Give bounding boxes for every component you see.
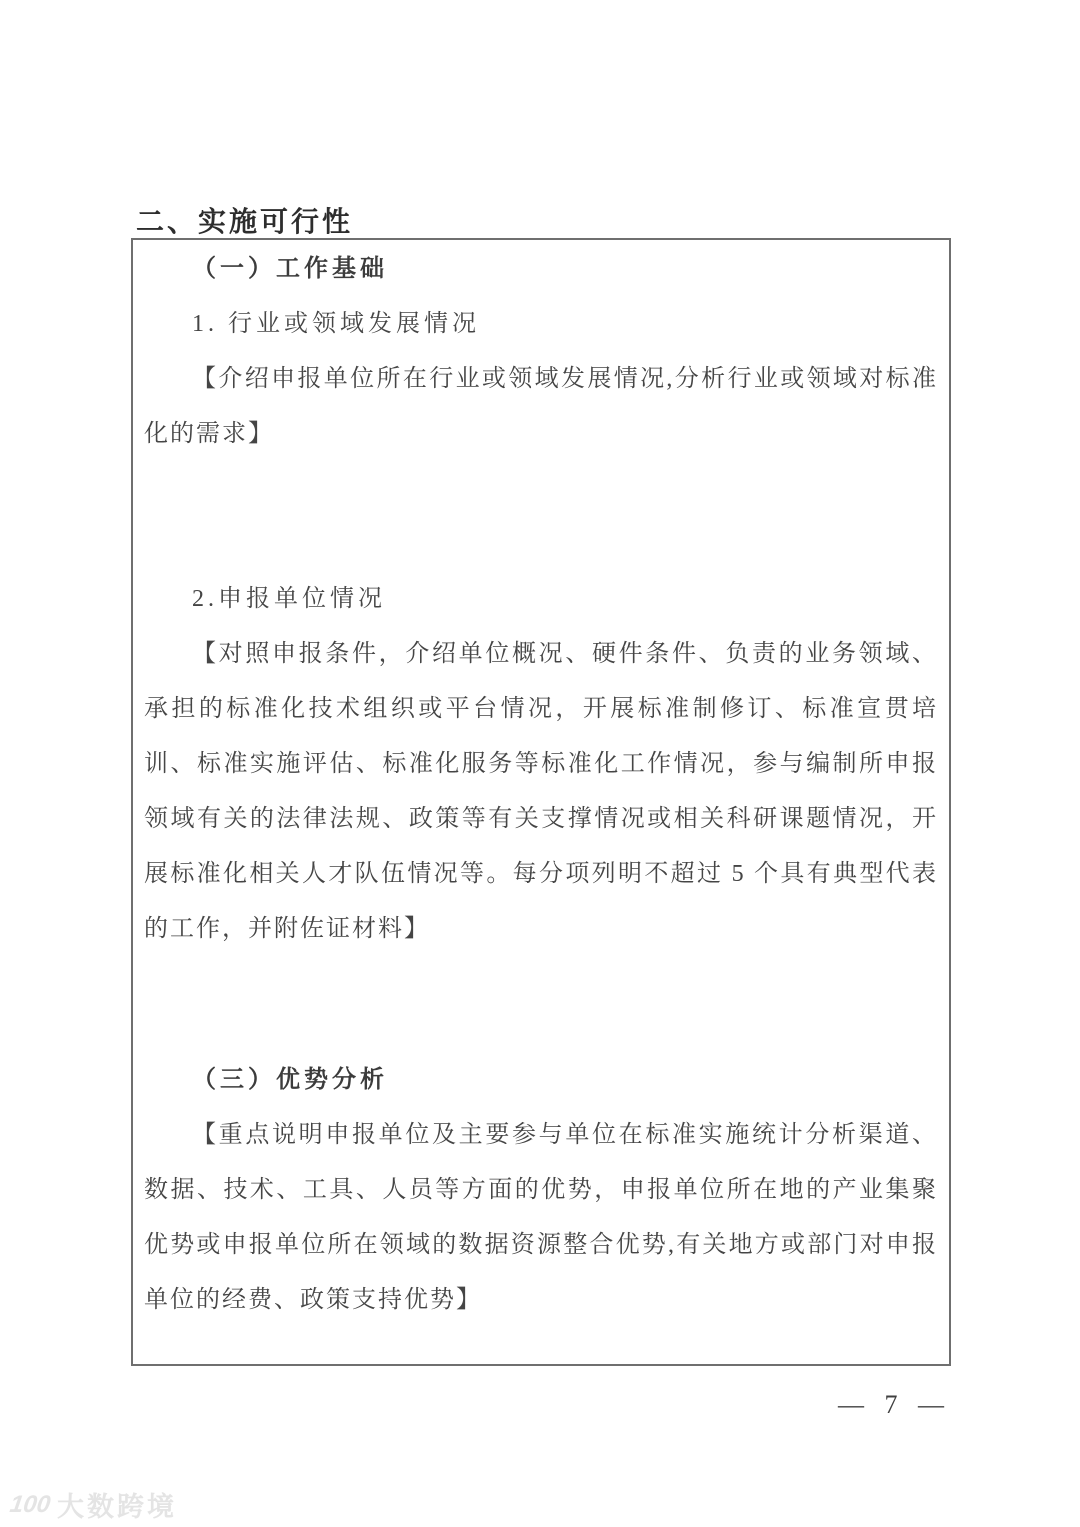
paragraph-applicant-unit-note: 【对照申报条件，介绍单位概况、硬件条件、负责的业务领域、承担的标准化技术组织或平… <box>144 627 938 957</box>
item-applicant-unit: 2.申报单位情况 <box>144 572 938 627</box>
watermark-text: 大数跨境 <box>57 1485 177 1524</box>
watermark: 100 大数跨境 <box>10 1485 177 1524</box>
template-content-box: （一）工作基础 1. 行业或领域发展情况 【介绍申报单位所在行业或领域发展情况,… <box>131 238 951 1366</box>
paragraph-advantage-analysis-note: 【重点说明申报单位及主要参与单位在标准实施统计分析渠道、数据、技术、工具、人员等… <box>144 1108 938 1328</box>
section-title-advantage-analysis: （三）优势分析 <box>144 1053 938 1108</box>
watermark-logo-icon: 100 <box>8 1491 52 1519</box>
paragraph-industry-development-note: 【介绍申报单位所在行业或领域发展情况,分析行业或领域对标准化的需求】 <box>144 352 938 462</box>
section-title-work-foundation: （一）工作基础 <box>144 242 938 297</box>
page-title: 二、实施可行性 <box>136 207 353 237</box>
item-industry-development: 1. 行业或领域发展情况 <box>144 297 938 352</box>
page-number: — 7 — <box>838 1390 951 1420</box>
document-page: 二、实施可行性 （一）工作基础 1. 行业或领域发展情况 【介绍申报单位所在行业… <box>0 0 1080 1527</box>
